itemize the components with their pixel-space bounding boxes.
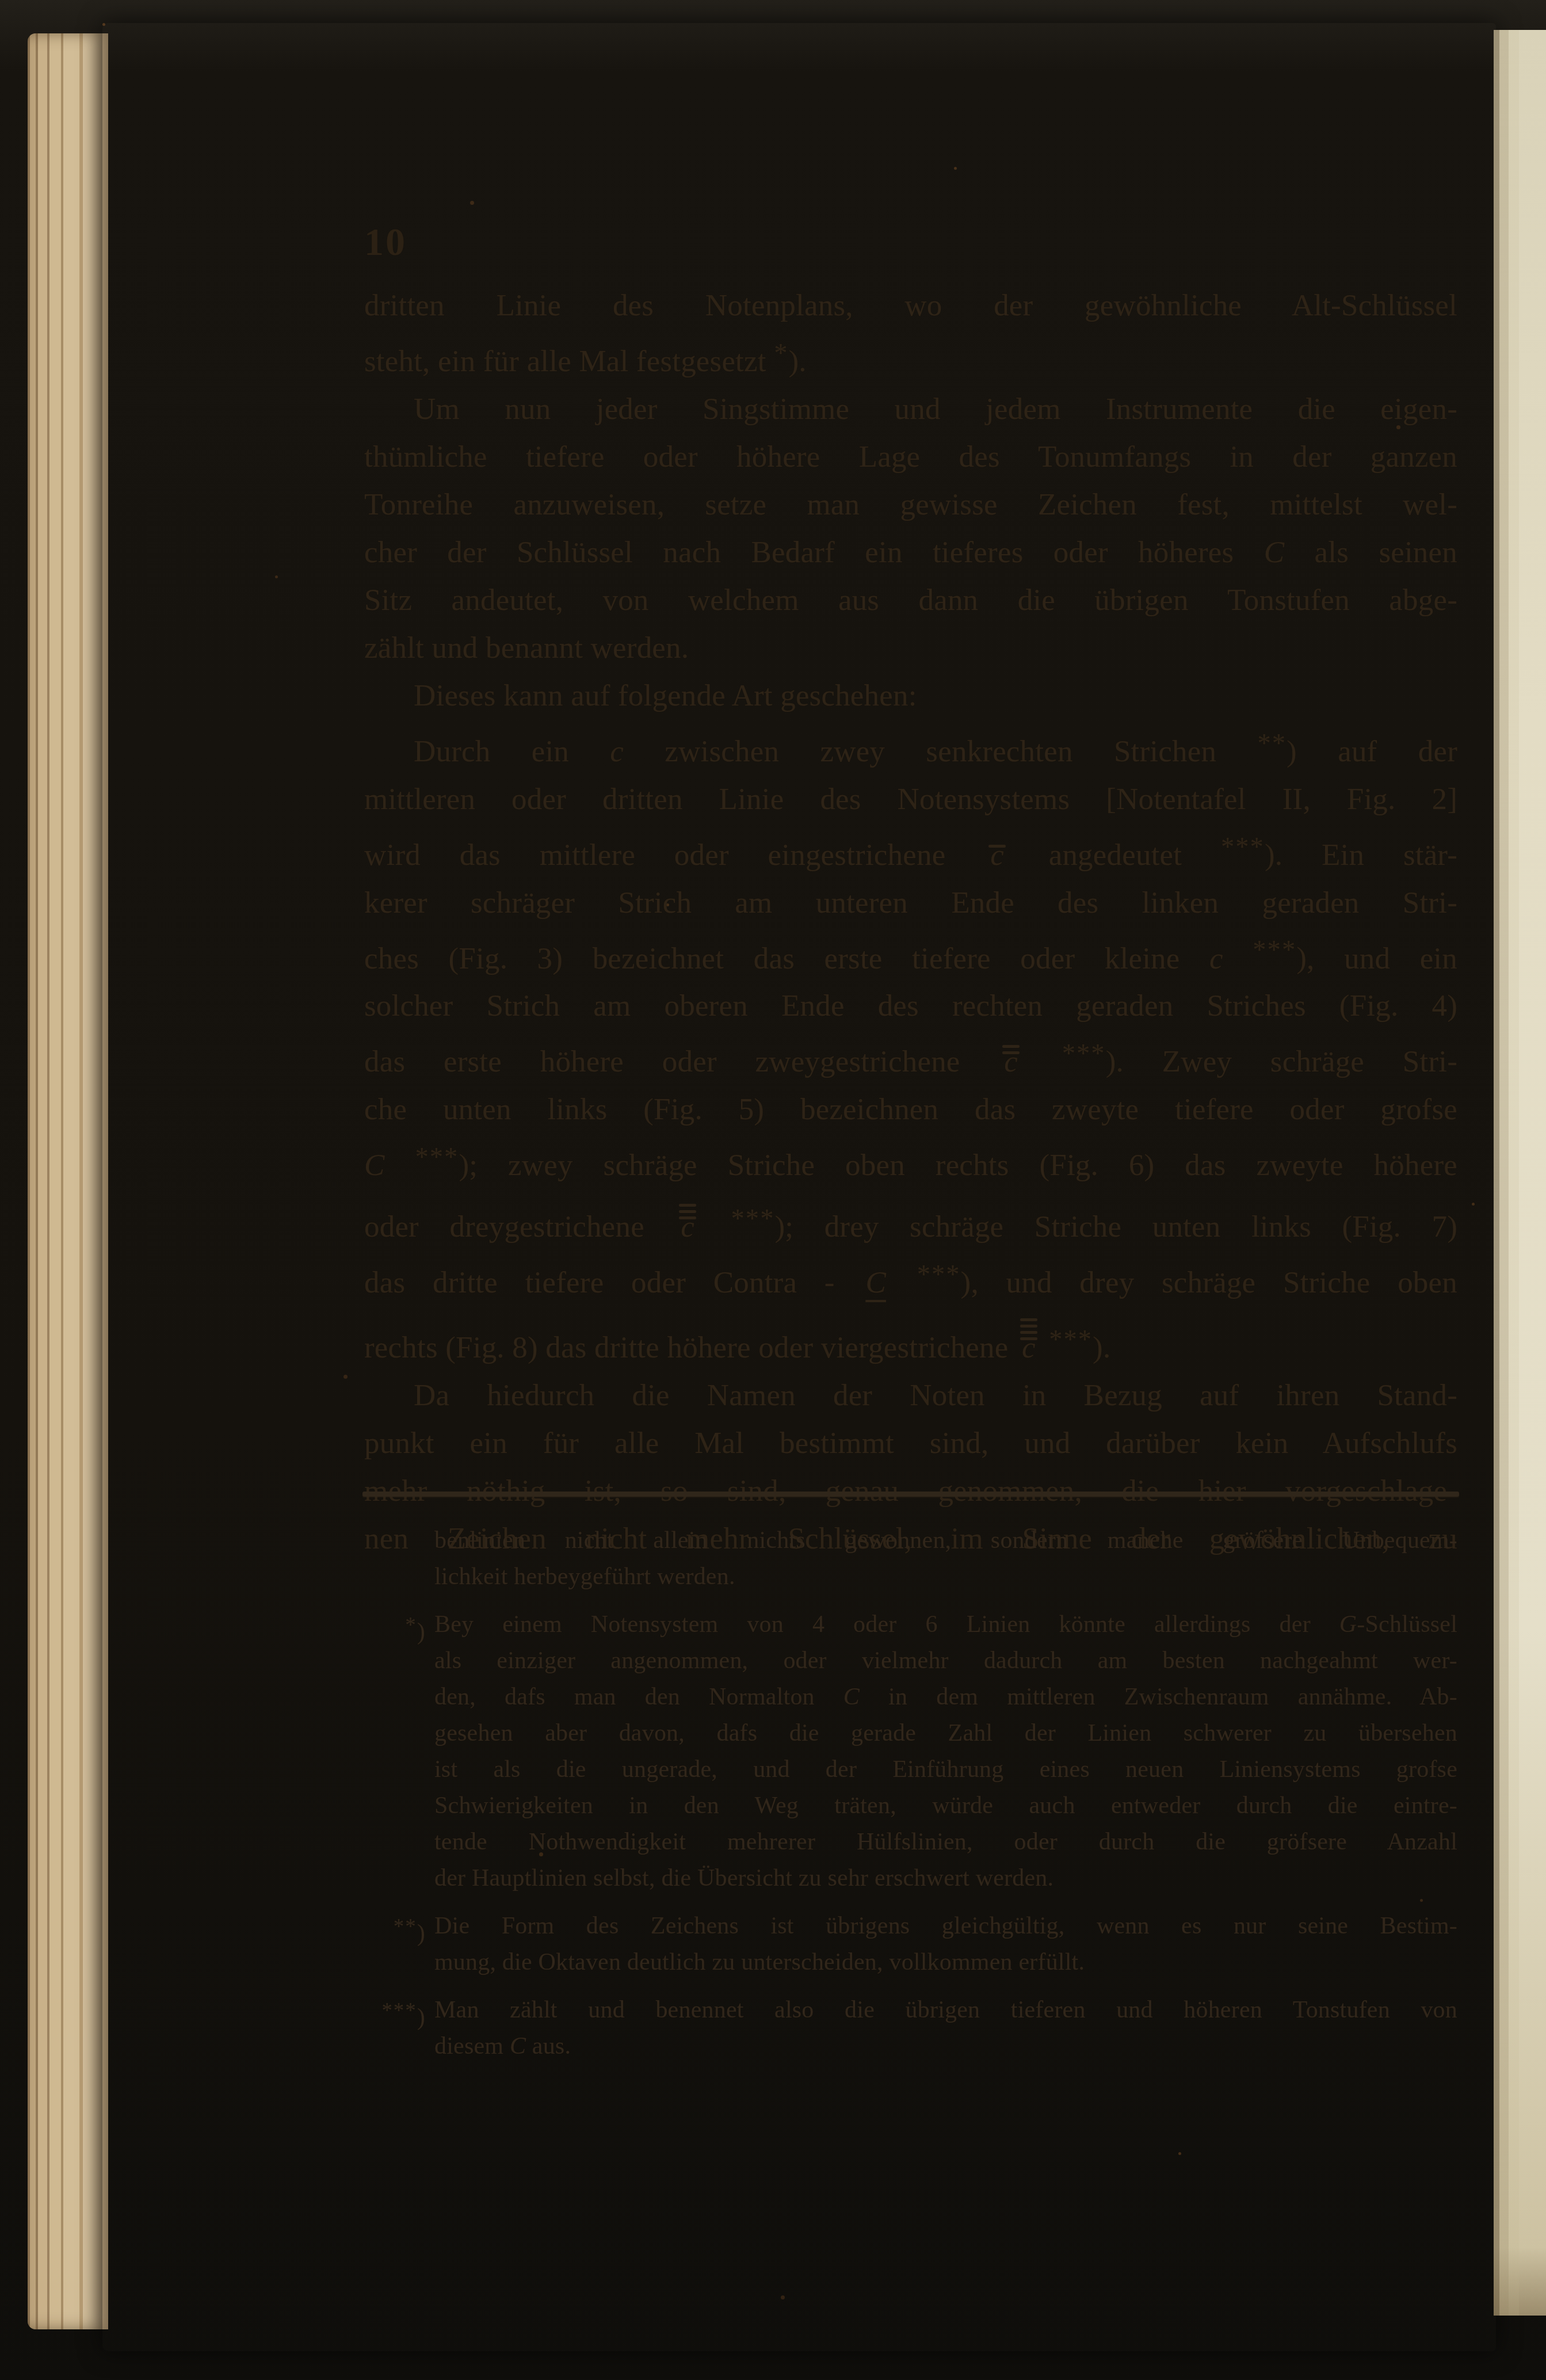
text-line: thümliche tiefere oder höhere Lage des T… <box>364 433 1457 481</box>
footnotes-block: benlinien nicht allein nichts gewonnen, … <box>364 1523 1457 2065</box>
text-run: Sitz andeutet, von welchem aus dann die … <box>364 583 1457 617</box>
footnote-reference-marker: ***) <box>1253 941 1307 975</box>
text-run: gesehen aber davon, dafs die gerade Zahl… <box>434 1720 1457 1746</box>
text-line: oder dreygestrichene c ***); drey schräg… <box>364 1195 1457 1251</box>
footnote-marker: **) <box>364 1908 425 1952</box>
text-run: Bey einem Notensystem von 4 oder 6 Linie… <box>434 1611 1339 1638</box>
text-run: . Ein stär- <box>1275 838 1457 872</box>
text-run <box>1041 1331 1049 1364</box>
text-line: wird das mittlere oder eingestrichene c … <box>364 823 1457 879</box>
text-run: wird das mittlere oder eingestrichene <box>364 838 984 872</box>
footnote-reference-marker: *) <box>774 345 799 378</box>
italic-note-letter: c <box>610 735 624 768</box>
text-run <box>890 1266 917 1299</box>
text-line: Durch ein c zwischen zwey senkrechten St… <box>364 720 1457 776</box>
text-run: solcher Strich am oberen Ende des rechte… <box>364 989 1457 1023</box>
text-run: Dieses kann auf folgende Art geschehen: <box>414 679 917 712</box>
footnote-block: **)Die Form des Zeichens ist übrigens gl… <box>364 1908 1457 1981</box>
text-line: steht, ein für alle Mal festgesetzt *). <box>364 330 1457 386</box>
text-run: diesem <box>434 2033 510 2059</box>
text-run: cher der Schlüssel nach Bedarf ein tiefe… <box>364 536 1264 569</box>
text-run: in dem mittleren Zwischenraum annähme. A… <box>860 1684 1457 1710</box>
text-line: zählt und benannt werden. <box>364 624 1457 672</box>
footnote-line: tende Nothwendigkeit mehrerer Hülfslinie… <box>434 1824 1457 1860</box>
text-run: punkt ein für alle Mal bestimmt sind, un… <box>364 1427 1457 1460</box>
book-scan: { "page": { "number": "10", "ink_color":… <box>0 0 1546 2380</box>
overlined-c-symbol: c <box>984 840 1010 871</box>
text-line: mittleren oder dritten Linie des Notensy… <box>364 776 1457 823</box>
footnote-reference-marker: ***) <box>1221 838 1275 872</box>
italic-note-letter: G <box>1339 1611 1357 1638</box>
footnote-line: Man zählt und benennet also die übrigen … <box>434 1992 1457 2028</box>
text-run: Die Form des Zeichens ist übrigens gleic… <box>434 1913 1457 1939</box>
footnote-separator-rule <box>362 1492 1459 1497</box>
overlined-c-symbol: c <box>1016 1333 1041 1363</box>
text-run: . Zwey schräge Stri- <box>1116 1045 1457 1078</box>
text-run: das erste höhere oder zweygestrichene <box>364 1045 998 1078</box>
text-run <box>700 1210 731 1244</box>
text-run: tende Nothwendigkeit mehrerer Hülfslinie… <box>434 1829 1457 1855</box>
footnote-line: ist als die ungerade, und der Einführung… <box>434 1752 1457 1788</box>
footnote-reference-marker: ***) <box>731 1210 785 1244</box>
text-line: dritten Linie des Notenplans, wo der gew… <box>364 282 1457 330</box>
text-run: Um nun jeder Singstimme und jedem Instru… <box>414 392 1457 426</box>
footnote-reference-marker: ***) <box>1062 1045 1116 1078</box>
text-run: Tonreihe anzuweisen, setze man gewisse Z… <box>364 488 1457 521</box>
footnote-block: *)Bey einem Notensystem von 4 oder 6 Lin… <box>364 1607 1457 1897</box>
text-run: als einziger angenommen, oder vielmehr d… <box>434 1647 1457 1674</box>
text-line: cher der Schlüssel nach Bedarf ein tiefe… <box>364 529 1457 577</box>
text-run: kerer schräger Strich am unteren Ende de… <box>364 886 1457 920</box>
text-run: mittleren oder dritten Linie des Notensy… <box>364 783 1457 816</box>
italic-note-letter: C <box>1264 536 1285 569</box>
text-run: ches (Fig. 3) bezeichnet das erste tiefe… <box>364 941 1209 975</box>
text-run: Durch ein <box>414 735 610 768</box>
foxing-specks <box>102 23 105 26</box>
footnote-reference-marker: ***) <box>415 1149 469 1182</box>
text-run: auf der <box>1297 735 1457 768</box>
text-run: zwischen zwey senkrechten Strichen <box>624 735 1257 768</box>
footnote-line: als einziger angenommen, oder vielmehr d… <box>434 1643 1457 1679</box>
text-run: Schwierigkeiten in den Weg träten, würde… <box>434 1792 1457 1819</box>
text-run: mehr nöthig ist, so sind, genau genommen… <box>364 1474 1457 1508</box>
page-number: 10 <box>364 222 407 261</box>
text-line: Um nun jeder Singstimme und jedem Instru… <box>364 386 1457 433</box>
text-run: oder dreygestrichene <box>364 1210 675 1244</box>
paragraph: Durch ein c zwischen zwey senkrechten St… <box>364 720 1457 1372</box>
text-line: Dieses kann auf folgende Art geschehen: <box>364 672 1457 720</box>
text-run: . <box>799 345 806 378</box>
footnote-reference-marker: **) <box>1257 735 1296 768</box>
footnote-line: Bey einem Notensystem von 4 oder 6 Linie… <box>434 1607 1457 1643</box>
text-line: punkt ein für alle Mal bestimmt sind, un… <box>364 1420 1457 1467</box>
page-paper: 10 dritten Linie des Notenplans, wo der … <box>102 23 1496 2351</box>
footnote-reference-marker: ***) <box>917 1266 971 1299</box>
text-line: che unten links (Fig. 5) bezeichnen das … <box>364 1086 1457 1134</box>
text-run: thümliche tiefere oder höhere Lage des T… <box>364 440 1457 474</box>
text-run: Da hiedurch die Namen der Noten in Bezug… <box>414 1379 1457 1412</box>
text-run: rechts (Fig. 8) das dritte höhere oder v… <box>364 1331 1016 1364</box>
text-run: aus. <box>526 2033 571 2059</box>
text-line: rechts (Fig. 8) das dritte höhere oder v… <box>364 1316 1457 1372</box>
text-run: mung, die Oktaven deutlich zu unterschei… <box>434 1949 1085 1975</box>
text-line: C ***); zwey schräge Striche oben rechts… <box>364 1134 1457 1189</box>
text-run: lichkeit herbeygeführt werden. <box>434 1563 735 1590</box>
text-run: ; drey schräge Striche unten links (Fig.… <box>785 1210 1457 1244</box>
text-run <box>385 1149 415 1182</box>
text-line: das dritte tiefere oder Contra - C ***),… <box>364 1251 1457 1307</box>
text-run <box>1024 1045 1062 1078</box>
italic-note-letter: C <box>364 1149 385 1182</box>
text-run: das dritte tiefere oder Contra - <box>364 1266 862 1299</box>
text-run: . <box>1103 1331 1110 1364</box>
italic-note-letter: C <box>510 2033 526 2059</box>
footnote-line: den, dafs man den Normalton C in dem mit… <box>434 1679 1457 1715</box>
book-page-stack-edge <box>28 33 108 2329</box>
text-run: der Hauptlinien selbst, die Übersicht zu… <box>434 1865 1053 1891</box>
text-run: dritten Linie des Notenplans, wo der gew… <box>364 289 1457 322</box>
text-run: -Schlüssel <box>1357 1611 1457 1638</box>
text-run: benlinien nicht allein nichts gewonnen, … <box>434 1527 1457 1554</box>
footnote-marker: *) <box>364 1607 425 1650</box>
paragraph: Dieses kann auf folgende Art geschehen: <box>364 672 1457 720</box>
footnote-block: benlinien nicht allein nichts gewonnen, … <box>364 1523 1457 1595</box>
text-run: angedeutet <box>1010 838 1221 872</box>
paragraph: Um nun jeder Singstimme und jedem Instru… <box>364 386 1457 672</box>
italic-note-letter: c <box>1209 941 1223 975</box>
text-run: Man zählt und benennet also die übrigen … <box>434 1997 1457 2023</box>
text-line: Da hiedurch die Namen der Noten in Bezug… <box>364 1372 1457 1420</box>
footnote-line: diesem C aus. <box>434 2028 1457 2065</box>
footnote-line: mung, die Oktaven deutlich zu unterschei… <box>434 1944 1457 1981</box>
text-run: zählt und benannt werden. <box>364 631 689 665</box>
text-line: solcher Strich am oberen Ende des rechte… <box>364 982 1457 1030</box>
underlined-c-symbol: C <box>862 1266 890 1299</box>
italic-note-letter: C <box>843 1684 860 1710</box>
text-run: den, dafs man den Normalton <box>434 1684 843 1710</box>
text-line: ches (Fig. 3) bezeichnet das erste tiefe… <box>364 927 1457 983</box>
text-run: als seinen <box>1284 536 1457 569</box>
text-run: che unten links (Fig. 5) bezeichnen das … <box>364 1093 1457 1126</box>
main-text-block: dritten Linie des Notenplans, wo der gew… <box>364 282 1457 1563</box>
text-line: das erste höhere oder zweygestrichene c … <box>364 1030 1457 1086</box>
text-run: ; zwey schräge Striche oben rechts (Fig.… <box>469 1149 1457 1182</box>
paragraph: dritten Linie des Notenplans, wo der gew… <box>364 282 1457 386</box>
text-run: steht, ein für alle Mal festgesetzt <box>364 345 774 378</box>
overlined-c-symbol: c <box>675 1212 700 1242</box>
footnote-line: Die Form des Zeichens ist übrigens gleic… <box>434 1908 1457 1944</box>
footnote-marker: ***) <box>364 1992 425 2036</box>
text-line: kerer schräger Strich am unteren Ende de… <box>364 879 1457 927</box>
footnote-reference-marker: ***) <box>1049 1331 1103 1364</box>
next-page-edge <box>1494 30 1546 2316</box>
text-run: , und drey schräge Striche oben <box>971 1266 1457 1299</box>
text-run: ist als die ungerade, und der Einführung… <box>434 1756 1457 1783</box>
text-line: Tonreihe anzuweisen, setze man gewisse Z… <box>364 481 1457 529</box>
footnote-line: Schwierigkeiten in den Weg träten, würde… <box>434 1788 1457 1824</box>
footnote-line: der Hauptlinien selbst, die Übersicht zu… <box>434 1860 1457 1897</box>
footnote-line: lichkeit herbeygeführt werden. <box>434 1559 1457 1595</box>
text-line: Sitz andeutet, von welchem aus dann die … <box>364 577 1457 624</box>
overlined-c-symbol: c <box>998 1047 1024 1077</box>
text-run: , und ein <box>1307 941 1457 975</box>
text-run <box>1223 941 1253 975</box>
footnote-line: benlinien nicht allein nichts gewonnen, … <box>434 1523 1457 1559</box>
footnote-line: gesehen aber davon, dafs die gerade Zahl… <box>434 1715 1457 1752</box>
footnote-block: ***)Man zählt und benennet also die übri… <box>364 1992 1457 2065</box>
